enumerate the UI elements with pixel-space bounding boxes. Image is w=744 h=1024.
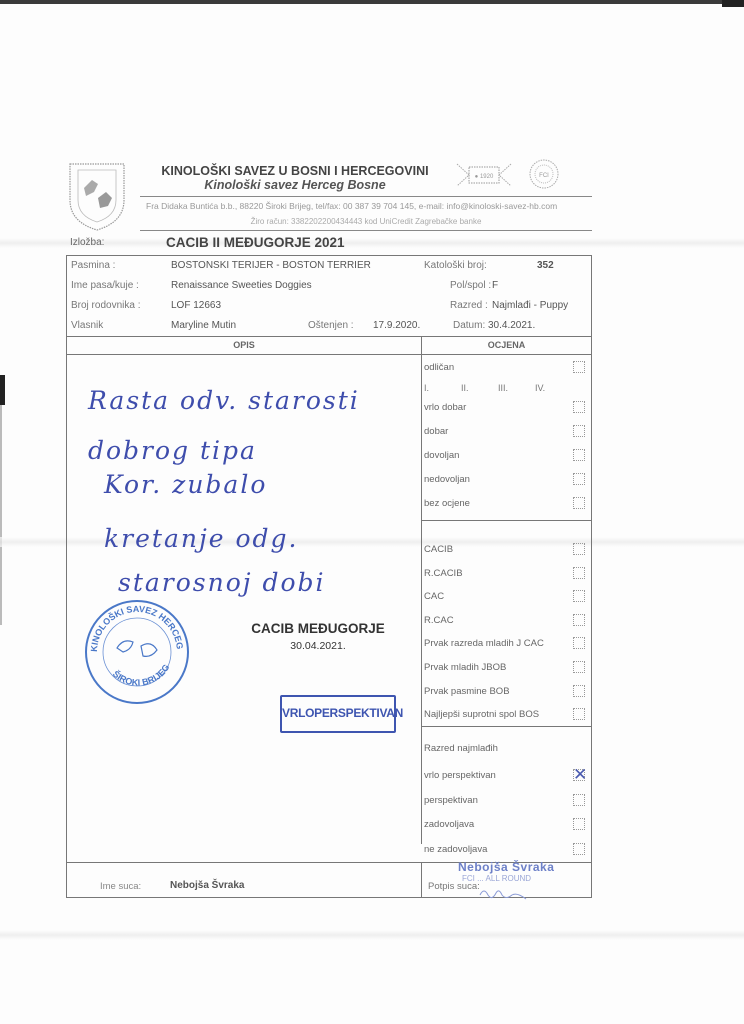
title-item: Prvak pasmine BOB <box>424 684 589 700</box>
grade-item: dovoljan <box>424 448 589 464</box>
grade-item: odličan <box>424 360 589 376</box>
grade-label: nedovoljan <box>424 474 470 485</box>
title-checkbox[interactable] <box>573 685 585 697</box>
grade-checkbox[interactable] <box>573 473 585 485</box>
club-round-stamp-icon: KINOLOŠKI SAVEZ HERCEG BOSNE ŠIROKI BRIJ… <box>83 598 191 706</box>
scan-edge-corner <box>722 0 744 7</box>
placements: I.II.III.IV. <box>424 383 572 393</box>
title-label: R.CAC <box>424 615 454 626</box>
grade-label: dobar <box>424 426 448 437</box>
info-row-pedigree: Broj rodovnika : LOF 12663 Razred : Najm… <box>67 296 591 316</box>
puppy-grade-item: ne zadovoljava <box>424 842 589 858</box>
rule <box>67 354 591 355</box>
grade-checkbox[interactable] <box>573 497 585 509</box>
title-label: Prvak mladih JBOB <box>424 662 506 673</box>
column-divider <box>421 336 422 844</box>
paper-fold <box>0 238 744 248</box>
title-checkbox[interactable] <box>573 567 585 579</box>
puppy-grade-item: vrlo perspektivan <box>424 768 589 784</box>
scan-edge-left-shadow <box>0 405 2 625</box>
puppy-grade-label: ne zadovoljava <box>424 844 487 855</box>
svg-text:ŠIROKI BRIJEG: ŠIROKI BRIJEG <box>111 662 172 687</box>
grade-item: bez ocjene <box>424 496 589 512</box>
header-rule <box>140 196 592 197</box>
dog-name-value: Renaissance Sweeties Doggies <box>171 280 312 291</box>
judge-label: Ime suca: <box>100 881 141 892</box>
class-label: Razred : <box>450 300 488 311</box>
grade-label: dovoljan <box>424 450 459 461</box>
grade-item: nedovoljan <box>424 472 589 488</box>
grade-item: dobar <box>424 424 589 440</box>
info-row-owner: Vlasnik Maryline Mutin Oštenjen : 17.9.2… <box>67 316 591 336</box>
org-address: Fra Didaka Buntića b.b., 88220 Široki Br… <box>146 201 586 211</box>
info-row-dog-name: Ime pasa/kuje : Renaissance Sweeties Dog… <box>67 276 591 296</box>
grade-checkbox[interactable] <box>573 449 585 461</box>
date-label: Datum: <box>453 320 485 331</box>
puppy-grade-checkbox[interactable] <box>573 818 585 830</box>
breed-label: Pasmina : <box>71 260 115 271</box>
class-value: Najmlađi - Puppy <box>492 300 568 311</box>
column-header-grade: OCJENA <box>422 340 591 350</box>
grade-checkbox[interactable] <box>573 401 585 413</box>
puppy-grade-item: perspektivan <box>424 793 589 809</box>
owner-value: Maryline Mutin <box>171 320 236 331</box>
org-title: KINOLOŠKI SAVEZ U BOSNI I HERCEGOVINI <box>150 164 440 178</box>
info-row-breed: Pasmina : BOSTONSKI TERIJER - BOSTON TER… <box>67 256 591 276</box>
scan-edge-top <box>0 0 744 4</box>
placement-1[interactable]: I. <box>424 383 461 393</box>
header-rule <box>140 230 592 231</box>
puppy-grade-checkbox[interactable] <box>573 794 585 806</box>
judge-stamp-name: Nebojša Švraka <box>458 860 554 874</box>
puppy-grade-checkbox[interactable] <box>573 769 585 781</box>
title-item: R.CAC <box>424 613 589 629</box>
owner-label: Vlasnik <box>71 320 103 331</box>
title-checkbox[interactable] <box>573 637 585 649</box>
scan-edge-left <box>0 375 5 405</box>
event-stamp-date: 30.04.2021. <box>238 640 398 652</box>
title-label: Prvak pasmine BOB <box>424 686 510 697</box>
puppy-class-heading: Razred najmlađih <box>424 741 589 757</box>
title-item: Najljepši suprotni spol BOS <box>424 707 589 723</box>
title-checkbox[interactable] <box>573 614 585 626</box>
catalog-value: 352 <box>537 260 554 271</box>
title-item: Prvak razreda mladih J CAC <box>424 636 589 652</box>
title-label: CACIB <box>424 544 453 555</box>
handwritten-line: Kor. zubalo <box>104 470 267 499</box>
title-item: CAC <box>424 589 589 605</box>
placement-2[interactable]: II. <box>461 383 498 393</box>
show-label: Izložba: <box>70 237 104 248</box>
handwritten-line: starosnoj dobi <box>118 568 326 597</box>
union-badge-icon: ● 1920 <box>455 160 513 190</box>
column-divider <box>421 862 422 898</box>
org-subtitle: Kinološki savez Herceg Bosne <box>150 178 440 192</box>
title-checkbox[interactable] <box>573 590 585 602</box>
pedigree-label: Broj rodovnika : <box>71 300 140 311</box>
result-stamp: VRLOPERSPEKTIVAN <box>280 695 396 733</box>
title-label: R.CACIB <box>424 568 463 579</box>
born-label: Oštenjen : <box>308 320 354 331</box>
sex-label: Pol/spol : <box>450 280 491 291</box>
fci-emblem-icon: FCI <box>528 158 560 190</box>
puppy-grade-label: perspektivan <box>424 795 478 806</box>
kennel-club-emblem-icon <box>66 160 128 232</box>
date-value: 30.4.2021. <box>488 320 535 331</box>
rule <box>67 336 591 337</box>
handwritten-line: dobrog tipa <box>88 436 257 465</box>
placement-3[interactable]: III. <box>498 383 535 393</box>
title-checkbox[interactable] <box>573 661 585 673</box>
event-stamp-title: CACIB MEĐUGORJE <box>238 621 398 636</box>
svg-text:FCI: FCI <box>539 173 549 179</box>
placement-4[interactable]: IV. <box>535 383 572 393</box>
grade-checkbox[interactable] <box>573 361 585 373</box>
signature-scrawl-icon <box>478 885 528 901</box>
title-checkbox[interactable] <box>573 708 585 720</box>
puppy-grade-label: vrlo perspektivan <box>424 770 496 781</box>
puppy-grade-checkbox[interactable] <box>573 843 585 855</box>
judge-stamp-subtitle: FCI ... ALL ROUND <box>462 874 531 883</box>
grade-checkbox[interactable] <box>573 425 585 437</box>
grade-label: bez ocjene <box>424 498 470 509</box>
title-item: CACIB <box>424 542 589 558</box>
show-name: CACIB II MEĐUGORJE 2021 <box>166 235 345 250</box>
org-bank-account: Žiro račun: 3382202200434443 kod UniCred… <box>146 217 586 226</box>
catalog-label: Katološki broj: <box>424 260 487 271</box>
puppy-grade-label: zadovoljava <box>424 819 474 830</box>
pedigree-value: LOF 12663 <box>171 300 221 311</box>
paper-fold <box>0 930 744 940</box>
svg-text:● 1920: ● 1920 <box>475 174 494 180</box>
rule <box>422 520 591 521</box>
puppy-grade-item: zadovoljava <box>424 817 589 833</box>
grade-label: odličan <box>424 362 454 373</box>
title-checkbox[interactable] <box>573 543 585 555</box>
handwritten-line: kretanje odg. <box>104 524 298 553</box>
title-label: Prvak razreda mladih J CAC <box>424 638 544 649</box>
born-value: 17.9.2020. <box>373 320 420 331</box>
dog-name-label: Ime pasa/kuje : <box>71 280 139 291</box>
rule <box>422 726 591 727</box>
grade-label: vrlo dobar <box>424 402 466 413</box>
title-label: Najljepši suprotni spol BOS <box>424 709 539 720</box>
sex-value: F <box>492 280 498 291</box>
title-label: CAC <box>424 591 444 602</box>
column-header-description: OPIS <box>67 340 421 350</box>
title-item: R.CACIB <box>424 566 589 582</box>
judge-name: Nebojša Švraka <box>170 880 245 891</box>
breed-value: BOSTONSKI TERIJER - BOSTON TERRIER <box>171 260 371 271</box>
handwritten-line: Rasta odv. starosti <box>88 386 360 415</box>
grade-item: vrlo dobar <box>424 400 589 416</box>
title-item: Prvak mladih JBOB <box>424 660 589 676</box>
